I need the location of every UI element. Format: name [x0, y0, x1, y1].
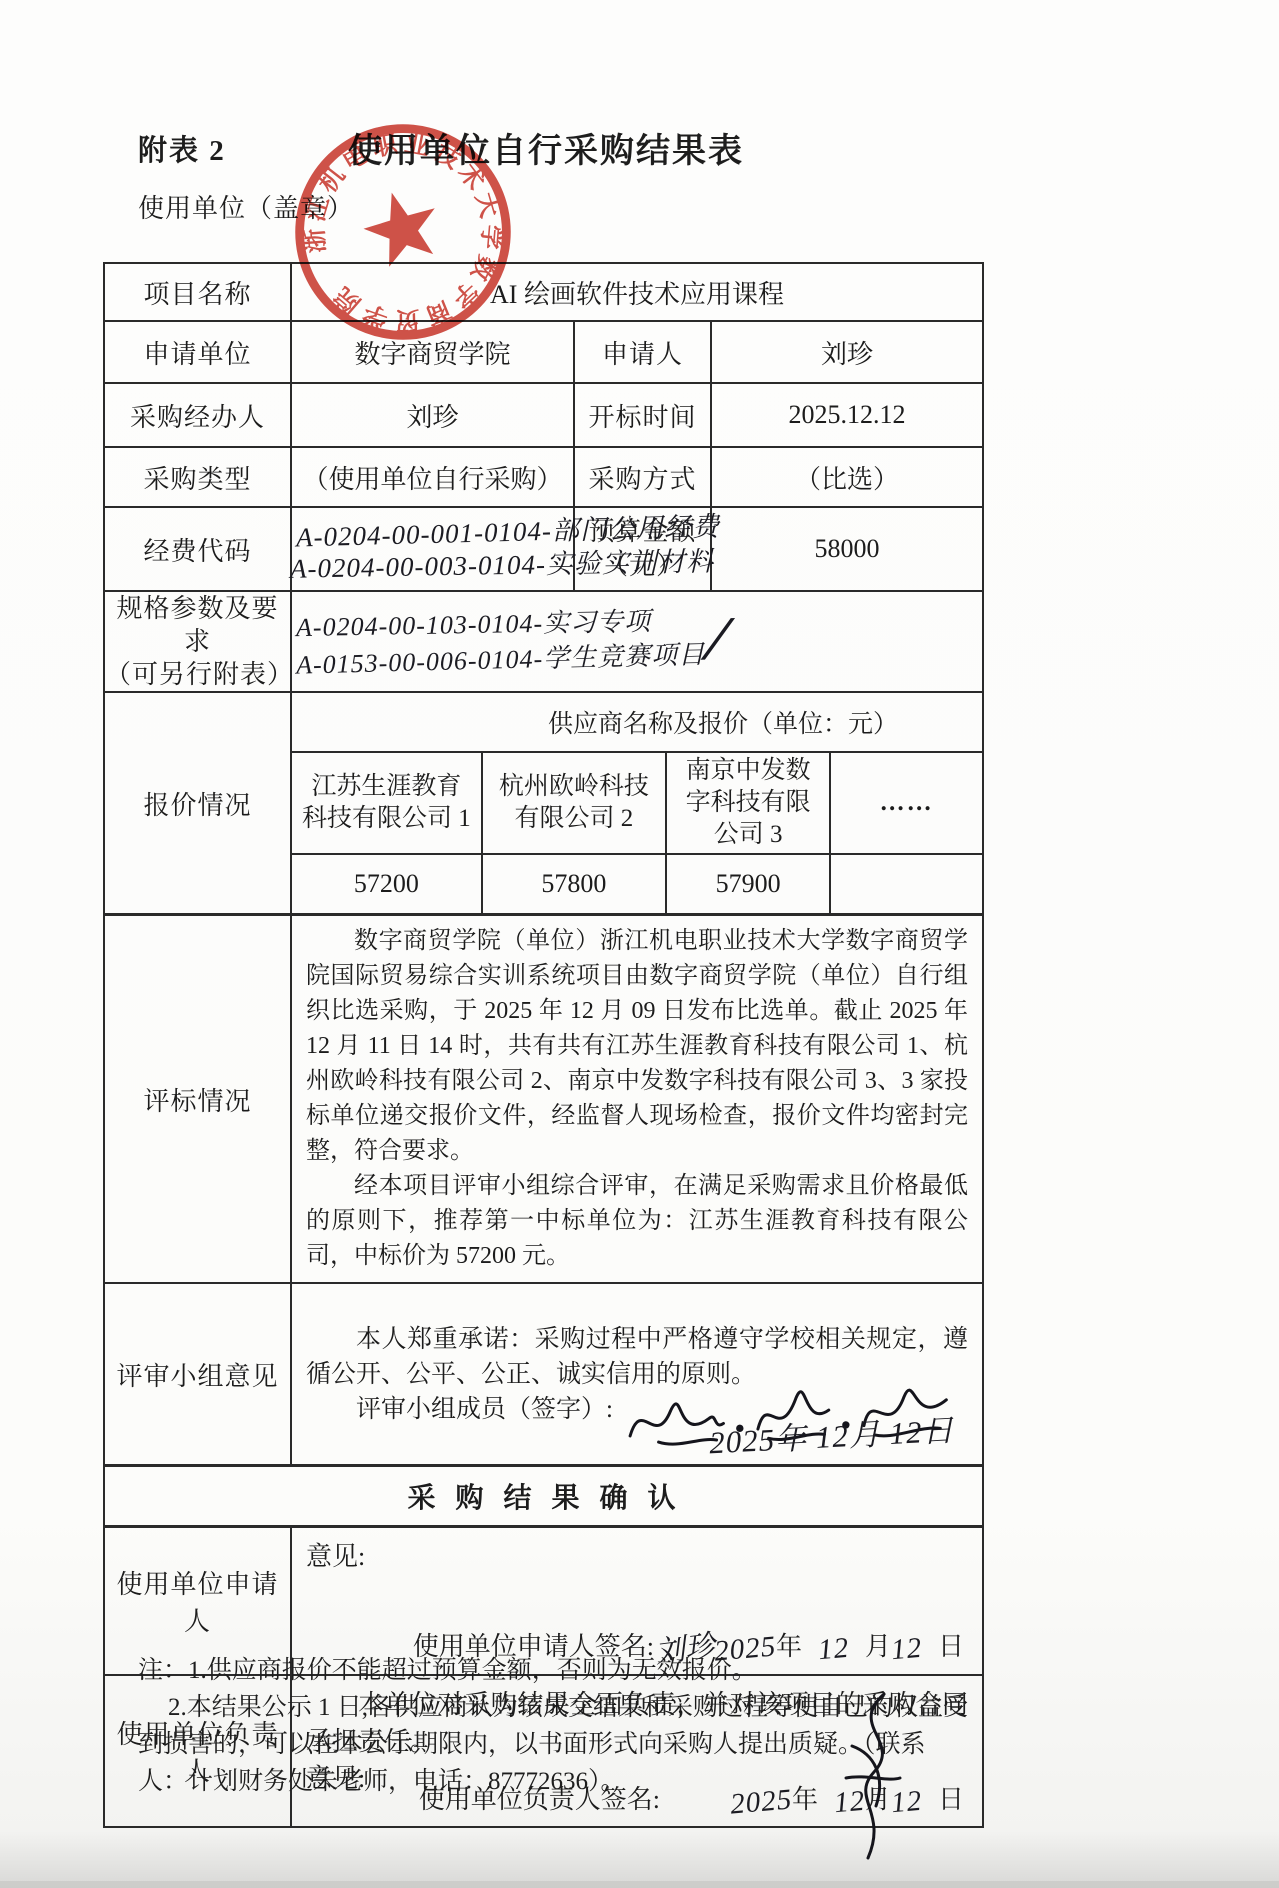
apply-unit-value: 数字商贸学院 — [291, 321, 574, 383]
note-1: 注：1.供应商报价不能超过预算金额，否则为无效报价。 — [138, 1652, 970, 1689]
spec-label-line1: 规格参数及要求 — [105, 592, 290, 658]
applicant-opinion-label: 意见: — [306, 1536, 968, 1573]
handler-label: 采购经办人 — [104, 383, 291, 447]
purchase-type-value: （使用单位自行采购） — [291, 447, 574, 507]
procurement-result-table: 项目名称 AI 绘画软件技术应用课程 申请单位 数字商贸学院 申请人 刘珍 采购… — [103, 262, 984, 1828]
supplier-price-2: 57800 — [482, 854, 666, 913]
table-row: 评标情况 数字商贸学院（单位）浙江机电职业技术大学数字商贸学院国际贸易综合实训系… — [104, 915, 983, 1284]
stamp-star — [356, 182, 447, 270]
confirm-section-title: 采购结果确认 — [104, 1466, 983, 1527]
supplier-name-2: 杭州欧岭科技有限公司 2 — [482, 752, 666, 854]
project-name-label: 项目名称 — [104, 263, 291, 321]
table-row: 江苏生涯教育科技有限公司 1 杭州欧岭科技有限公司 2 南京中发数字科技有限公司… — [292, 752, 982, 854]
spec-label: 规格参数及要求 （可另行附表） — [104, 591, 291, 692]
table-row: 评审小组意见 本人郑重承诺：采购过程中严格遵守学校相关规定，遵循公开、公平、公正… — [104, 1283, 983, 1466]
table-row: 报价情况 供应商名称及报价（单位：元） 江苏生涯教育科技有限公司 1 杭州欧岭科… — [104, 692, 983, 915]
apply-unit-label: 申请单位 — [104, 321, 291, 383]
table-row: 经费代码 A-0204-00-001-0104-部门公用经费 A-0204-00… — [104, 507, 983, 591]
supplier-name-1: 江苏生涯教育科技有限公司 1 — [292, 752, 482, 854]
applicant-label: 申请人 — [574, 321, 711, 383]
table-row: 申请单位 数字商贸学院 申请人 刘珍 — [104, 321, 983, 383]
purchase-method-label: 采购方式 — [574, 447, 711, 507]
page-title: 使用单位自行采购结果表 — [348, 123, 744, 172]
tick-mark: ╱ — [704, 621, 726, 659]
table-row: 供应商名称及报价（单位：元） — [292, 693, 982, 752]
supplier-price-3: 57900 — [666, 854, 830, 913]
table-row: 规格参数及要求 （可另行附表） A-0204-00-103-0104-实习专项 … — [104, 591, 983, 692]
supplier-name-more: …… — [830, 752, 982, 854]
bid-open-time-label: 开标时间 — [574, 383, 711, 447]
supplier-price-more — [830, 854, 982, 913]
committee-opinion: 本人郑重承诺：采购过程中严格遵守学校相关规定，遵循公开、公平、公正、诚实信用的原… — [291, 1283, 983, 1466]
evaluation-text: 数字商贸学院（单位）浙江机电职业技术大学数字商贸学院国际贸易综合实训系统项目由数… — [291, 915, 983, 1284]
purchase-method-value: （比选） — [711, 447, 983, 507]
table-row: 项目名称 AI 绘画软件技术应用课程 — [104, 263, 983, 321]
bid-open-time-value: 2025.12.12 — [711, 383, 983, 447]
budget-code-label: 经费代码 — [104, 507, 291, 591]
committee-sign-label: 评审小组成员（签字）: — [356, 1396, 613, 1423]
table-row: 57200 57800 57900 — [292, 854, 982, 913]
quote-label: 报价情况 — [104, 692, 291, 915]
table-row: 采购经办人 刘珍 开标时间 2025.12.12 — [104, 383, 983, 447]
spec-label-line2: （可另行附表） — [105, 658, 290, 691]
supplier-price-1: 57200 — [292, 854, 482, 913]
quote-header: 供应商名称及报价（单位：元） — [292, 693, 982, 752]
handler-value: 刘珍 — [291, 383, 574, 447]
budget-code-value: A-0204-00-001-0104-部门公用经费 A-0204-00-003-… — [291, 507, 574, 591]
photo-bottom-edge — [0, 1881, 1279, 1888]
committee-label: 评审小组意见 — [104, 1283, 291, 1466]
spec-handwriting-2-text: A-0153-00-006-0104-学生竞赛项目 — [296, 639, 706, 679]
manager-signature — [826, 1690, 916, 1870]
evaluation-paragraph-1: 数字商贸学院（单位）浙江机电职业技术大学数字商贸学院国际贸易综合实训系统项目由数… — [306, 924, 968, 1169]
evaluation-paragraph-2: 经本项目评审小组综合评审，在满足采购需求且价格最低的原则下，推荐第一中标单位为：… — [306, 1169, 968, 1274]
supplier-quote-subtable: 供应商名称及报价（单位：元） 江苏生涯教育科技有限公司 1 杭州欧岭科技有限公司… — [292, 693, 982, 913]
attachment-label: 附表 2 — [138, 128, 226, 169]
applicant-value: 刘珍 — [711, 321, 983, 383]
supplier-name-3: 南京中发数字科技有限公司 3 — [666, 752, 830, 854]
purchase-type-label: 采购类型 — [104, 447, 291, 507]
table-row: 采购类型 （使用单位自行采购） 采购方式 （比选） — [104, 447, 983, 507]
project-name-value: AI 绘画软件技术应用课程 — [291, 263, 983, 321]
table-row: 采购结果确认 — [104, 1466, 983, 1527]
seal-line-label: 使用单位（盖章） — [138, 188, 354, 225]
spec-value: A-0204-00-103-0104-实习专项 A-0153-00-006-01… — [291, 591, 983, 692]
evaluation-label: 评标情况 — [104, 915, 291, 1284]
budget-amount-value: 58000 — [711, 507, 983, 591]
